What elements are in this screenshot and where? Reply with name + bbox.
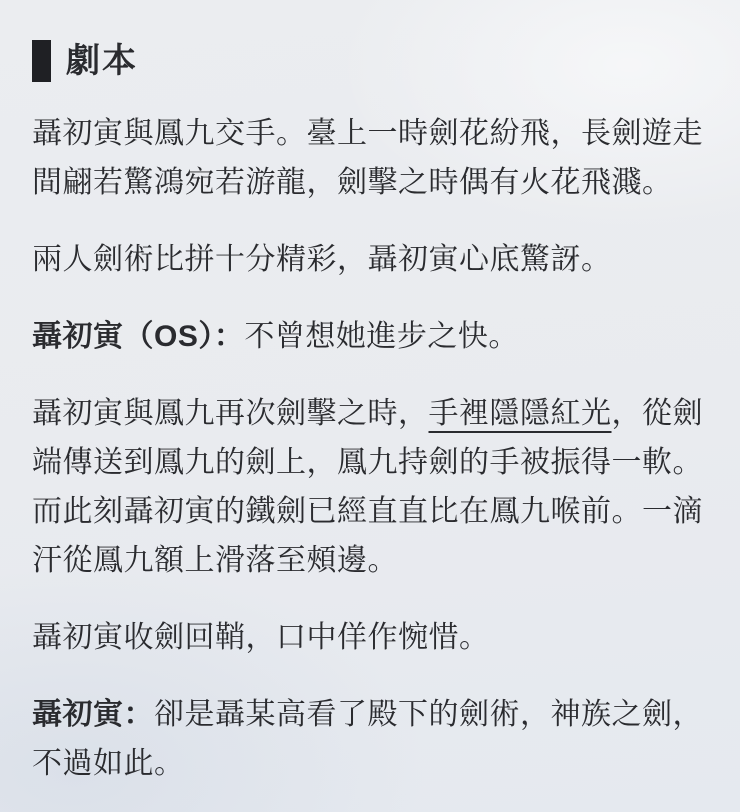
action-paragraph-4: 聶初寅收劍回鞘，口中佯作惋惜。 <box>32 613 708 662</box>
underlined-phrase: 手裡隱隱紅光 <box>429 397 612 430</box>
script-page: 劇本 聶初寅與鳳九交手。臺上一時劍花紛飛，長劍遊走間翩若驚鴻宛若游龍，劍擊之時偶… <box>0 0 740 812</box>
action-text: 聶初寅與鳳九再次劍擊之時， <box>32 397 429 430</box>
action-paragraph-1: 聶初寅與鳳九交手。臺上一時劍花紛飛，長劍遊走間翩若驚鴻宛若游龍，劍擊之時偶有火花… <box>32 109 708 207</box>
action-paragraph-2: 兩人劍術比拼十分精彩，聶初寅心底驚訝。 <box>32 235 708 284</box>
heading-marker-bar <box>32 40 51 82</box>
action-text: 兩人劍術比拼十分精彩，聶初寅心底驚訝。 <box>32 243 612 276</box>
dialogue-paragraph-2: 聶初寅：卻是聶某高看了殿下的劍術，神族之劍，不過如此。 <box>32 690 708 788</box>
action-text: 聶初寅收劍回鞘，口中佯作惋惜。 <box>32 621 490 654</box>
dialogue-paragraph-1: 聶初寅（OS）：不曾想她進步之快。 <box>32 312 708 361</box>
speaker-label: 聶初寅： <box>32 698 154 731</box>
dialogue-text: 不曾想她進步之快。 <box>244 320 519 353</box>
speaker-label: 聶初寅（OS）： <box>32 320 244 353</box>
action-paragraph-3: 聶初寅與鳳九再次劍擊之時，手裡隱隱紅光，從劍端傳送到鳳九的劍上，鳳九持劍的手被振… <box>32 389 708 585</box>
page-title: 劇本 <box>66 44 138 78</box>
action-text: 聶初寅與鳳九交手。臺上一時劍花紛飛，長劍遊走間翩若驚鴻宛若游龍，劍擊之時偶有火花… <box>32 117 703 199</box>
section-heading: 劇本 <box>32 40 708 82</box>
